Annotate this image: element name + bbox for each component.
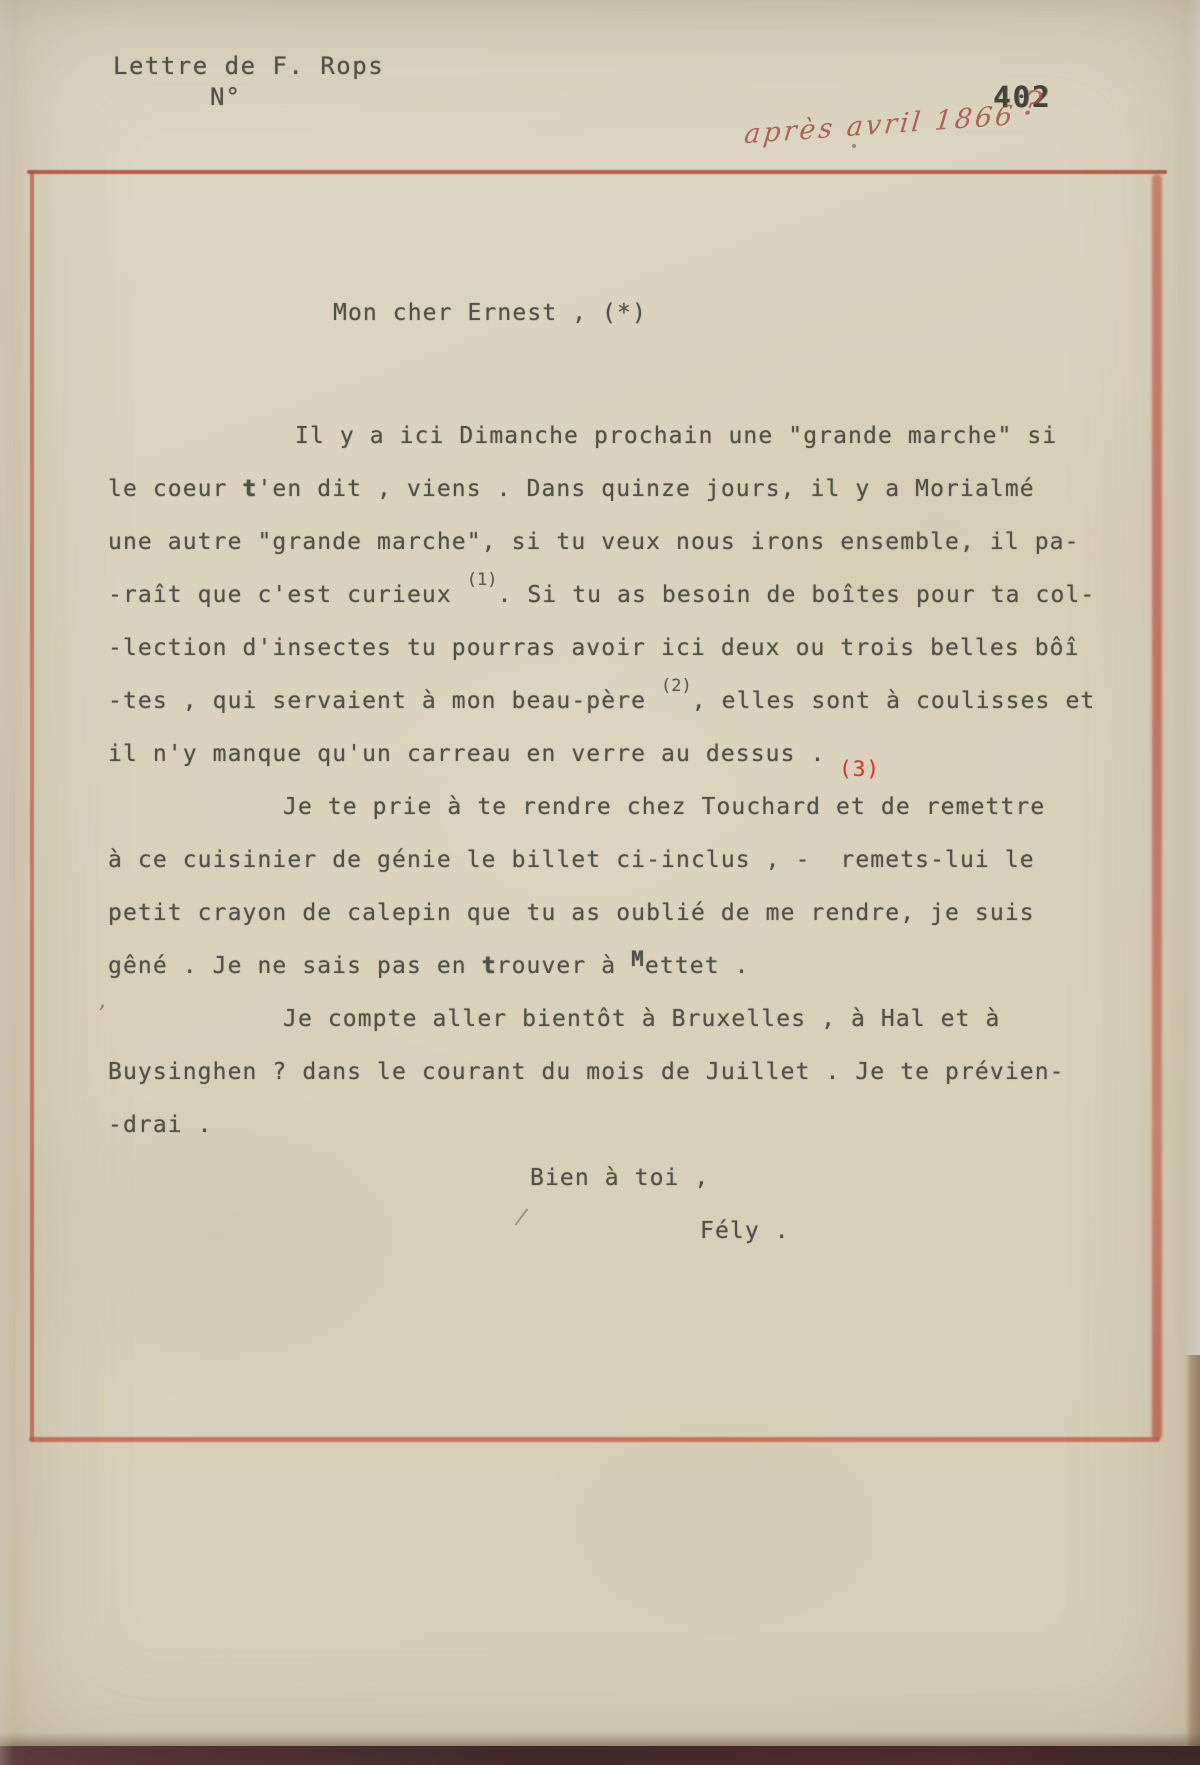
line-text: Je compte aller bientôt à Bruxelles , à … [283,1006,1000,1032]
line-text: une autre "grande marche", si tu veux no… [108,529,1080,555]
margin-mark: ’ [95,1000,106,1029]
line-text: -tes , qui servaient à mon beau-père [108,688,661,714]
header-number-label: N° [210,83,241,111]
line-text: ettet . [645,953,750,979]
line-text: rouver à [497,953,632,979]
line-text: Il y a ici Dimanche prochain une "grande… [295,423,1057,449]
letter-line: une autre "grande marche", si tu veux no… [108,529,1108,582]
footnote-marker: t [243,476,258,502]
line-text: , elles sont à coulisses et [692,688,1096,714]
handwritten-date-annotation: après avril 1866 [743,97,1066,151]
red-frame-top [27,170,1167,174]
letter-line: il n'y manque qu'un carreau en verre au … [108,741,1108,794]
paper-left-edge [0,0,14,1765]
line-text: Fély . [700,1218,790,1244]
line-text: Bien à toi , [530,1165,709,1191]
letter-line: -tes , qui servaient à mon beau-père (2)… [108,688,1108,741]
ink-speck [852,144,856,148]
letter-line: le coeur t'en dit , viens . Dans quinze … [108,476,1108,529]
header-title: Lettre de F. Rops [113,52,384,80]
line-text: à ce cuisinier de génie le billet ci-inc… [108,847,1035,873]
line-text: gêné . Je ne sais pas en [108,953,482,979]
line-text: -lection d'insectes tu pourras avoir ici… [108,635,1080,661]
footnote-marker: (1) [467,570,498,590]
line-text: Je te prie à te rendre chez Touchard et … [283,794,1045,820]
footnote-marker: t [482,953,497,979]
letter-scan-page: Lettre de F. Rops N° 402 après avril 186… [0,0,1200,1765]
letter-line: -raît que c'est curieux (1). Si tu as be… [108,582,1108,635]
letter-line: Je compte aller bientôt à Bruxelles , à … [283,1006,1108,1059]
line-text: -raît que c'est curieux [108,582,467,608]
red-frame-bottom [29,1437,1160,1442]
closing-line: Bien à toi , [530,1165,1108,1218]
signature-line: Fély . [700,1218,1108,1271]
letter-line: à ce cuisinier de génie le billet ci-inc… [108,847,1108,900]
letter-line: Buysinghen ? dans le courant du mois de … [108,1059,1108,1112]
book-cover-edge [0,1746,1200,1765]
letter-line: petit crayon de calepin que tu as oublié… [108,900,1108,953]
line-text: . Si tu as besoin de boîtes pour ta col- [497,582,1095,608]
letter-line: gêné . Je ne sais pas en trouver à Mette… [108,953,1108,1006]
letter-body: Il y a ici Dimanche prochain une "grande… [108,423,1108,1271]
footnote-marker: (3) [825,757,880,781]
line-text: il n'y manque qu'un carreau en verre au … [108,741,825,767]
footnote-marker: M [631,947,645,971]
footnote-marker: (2) [661,676,692,696]
red-frame-left [30,171,34,1441]
line-text: le coeur [108,476,243,502]
paper-bottom-shadow [0,1732,1200,1746]
red-frame-right [1152,174,1162,1440]
letter-line: -drai . [108,1112,1108,1165]
letter-line: Il y a ici Dimanche prochain une "grande… [295,423,1108,476]
line-text: petit crayon de calepin que tu as oublié… [108,900,1035,926]
letter-line: -lection d'insectes tu pourras avoir ici… [108,635,1108,688]
salutation: Mon cher Ernest , (*) [333,300,647,326]
paper-right-edge [1185,0,1200,1355]
line-text: Buysinghen ? dans le courant du mois de … [108,1059,1065,1085]
letter-line: Je te prie à te rendre chez Touchard et … [283,794,1108,847]
line-text: 'en dit , viens . Dans quinze jours, il … [257,476,1034,502]
paper-right-edge-lower [1185,1355,1200,1750]
line-text: -drai . [108,1112,213,1138]
